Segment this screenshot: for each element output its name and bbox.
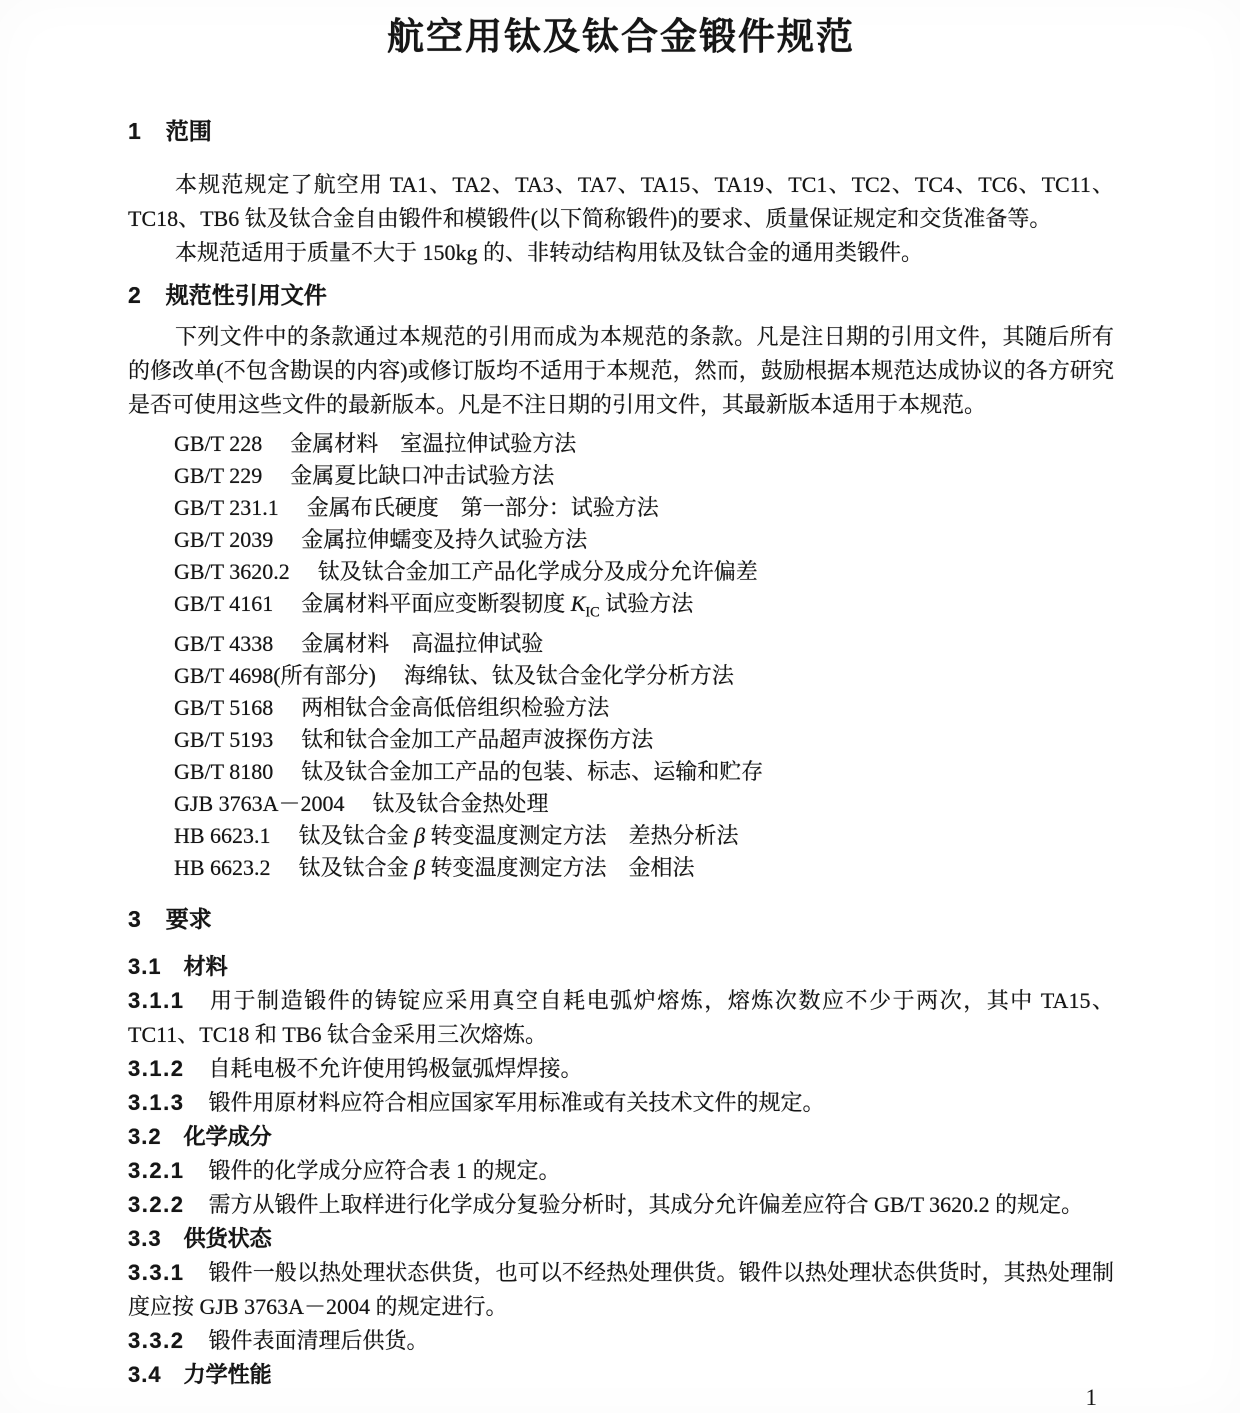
reference-title-text: 钛及钛合金 bbox=[299, 823, 415, 848]
clause-number: 3.3.1 bbox=[128, 1260, 184, 1285]
clause-text: 锻件表面清理后供货。 bbox=[208, 1328, 428, 1353]
subsection-heading-delivery-condition: 3.3供货状态 bbox=[128, 1222, 1114, 1256]
clause-3-1-1: 3.1.1用于制造锻件的铸锭应采用真空自耗电弧炉熔炼，熔炼次数应不少于两次，其中… bbox=[128, 984, 1114, 1052]
reference-title-text: 转变温度测定方法 差热分析法 bbox=[425, 823, 739, 848]
reference-item: GB/T 3620.2钛及钛合金加工产品化学成分及成分允许偏差 bbox=[174, 556, 1114, 588]
reference-title: 钛及钛合金加工产品化学成分及成分允许偏差 bbox=[318, 559, 758, 584]
reference-title: 金属夏比缺口冲击试验方法 bbox=[290, 463, 554, 488]
reference-item: HB 6623.1钛及钛合金 β 转变温度测定方法 差热分析法 bbox=[174, 820, 1114, 852]
reference-code: GB/T 3620.2 bbox=[174, 559, 290, 584]
section-number: 1 bbox=[128, 118, 142, 144]
reference-title-text: 试验方法 bbox=[600, 591, 694, 616]
reference-code: GB/T 4698(所有部分) bbox=[174, 663, 376, 688]
reference-code: GB/T 2039 bbox=[174, 527, 273, 552]
subsection-heading-material: 3.1材料 bbox=[128, 950, 1114, 984]
reference-item: GB/T 4698(所有部分)海绵钛、钛及钛合金化学分析方法 bbox=[174, 660, 1114, 692]
clause-number: 3.3.2 bbox=[128, 1328, 184, 1353]
reference-item: GB/T 228金属材料 室温拉伸试验方法 bbox=[174, 428, 1114, 460]
section-label: 规范性引用文件 bbox=[166, 282, 327, 308]
clause-text: 锻件用原材料应符合相应国家军用标准或有关技术文件的规定。 bbox=[208, 1090, 824, 1115]
reference-item: GJB 3763A－2004钛及钛合金热处理 bbox=[174, 788, 1114, 820]
subsection-label: 化学成分 bbox=[184, 1124, 272, 1149]
reference-code: GJB 3763A－2004 bbox=[174, 791, 345, 816]
clause-text: 自耗电极不允许使用钨极氩弧焊焊接。 bbox=[208, 1056, 582, 1081]
reference-code: GB/T 4338 bbox=[174, 631, 273, 656]
section-label: 范围 bbox=[166, 118, 212, 144]
reference-title: 钛和钛合金加工产品超声波探伤方法 bbox=[301, 727, 653, 752]
beta-symbol: β bbox=[414, 855, 425, 880]
reference-title-text: 转变温度测定方法 金相法 bbox=[425, 855, 695, 880]
subsection-number: 3.3 bbox=[128, 1226, 162, 1251]
clause-number: 3.2.2 bbox=[128, 1192, 184, 1217]
section-number: 2 bbox=[128, 282, 142, 308]
fracture-toughness-symbol: K bbox=[571, 591, 586, 616]
reference-title: 金属材料 高温拉伸试验 bbox=[301, 631, 543, 656]
reference-title: 两相钛合金高低倍组织检验方法 bbox=[301, 695, 609, 720]
reference-title: 金属材料平面应变断裂韧度 KIC 试验方法 bbox=[301, 591, 693, 616]
scope-paragraph-2: 本规范适用于质量不大于 150kg 的、非转动结构用钛及钛合金的通用类锻件。 bbox=[128, 236, 1114, 270]
clause-3-2-2: 3.2.2需方从锻件上取样进行化学成分复验分析时，其成分允许偏差应符合 GB/T… bbox=[128, 1188, 1114, 1222]
reference-code: GB/T 231.1 bbox=[174, 495, 279, 520]
clause-text: 锻件一般以热处理状态供货，也可以不经热处理供货。锻件以热处理状态供货时，其热处理… bbox=[128, 1260, 1114, 1319]
reference-item: GB/T 229金属夏比缺口冲击试验方法 bbox=[174, 460, 1114, 492]
section-number: 3 bbox=[128, 906, 142, 932]
clause-number: 3.2.1 bbox=[128, 1158, 184, 1183]
reference-title: 金属材料 室温拉伸试验方法 bbox=[290, 431, 576, 456]
clause-text: 用于制造锻件的铸锭应采用真空自耗电弧炉熔炼，熔炼次数应不少于两次，其中 TA15… bbox=[128, 988, 1114, 1047]
clause-3-1-2: 3.1.2自耗电极不允许使用钨极氩弧焊焊接。 bbox=[128, 1052, 1114, 1086]
section-heading-requirements: 3要求 bbox=[128, 902, 1114, 936]
clause-text: 锻件的化学成分应符合表 1 的规定。 bbox=[208, 1158, 560, 1183]
reference-item: GB/T 5168两相钛合金高低倍组织检验方法 bbox=[174, 692, 1114, 724]
clause-3-3-2: 3.3.2锻件表面清理后供货。 bbox=[128, 1324, 1114, 1358]
section-heading-scope: 1范围 bbox=[128, 114, 1114, 148]
page-number: 1 bbox=[1086, 1385, 1098, 1411]
beta-symbol: β bbox=[414, 823, 425, 848]
normative-references-intro: 下列文件中的条款通过本规范的引用而成为本规范的条款。凡是注日期的引用文件，其随后… bbox=[128, 320, 1114, 422]
reference-title-text: 金属材料平面应变断裂韧度 bbox=[301, 591, 571, 616]
reference-item: GB/T 2039金属拉伸蠕变及持久试验方法 bbox=[174, 524, 1114, 556]
reference-code: GB/T 8180 bbox=[174, 759, 273, 784]
reference-code: HB 6623.1 bbox=[174, 823, 271, 848]
scanned-document-page: 航空用钛及钛合金锻件规范 1范围 本规范规定了航空用 TA1、TA2、TA3、T… bbox=[0, 0, 1240, 1413]
subsection-label: 供货状态 bbox=[184, 1226, 272, 1251]
subsection-heading-mechanical-properties: 3.4力学性能 bbox=[128, 1358, 1114, 1392]
subsection-number: 3.1 bbox=[128, 954, 162, 979]
subsection-heading-chemical-composition: 3.2化学成分 bbox=[128, 1120, 1114, 1154]
reference-title: 海绵钛、钛及钛合金化学分析方法 bbox=[404, 663, 734, 688]
reference-item: GB/T 4338金属材料 高温拉伸试验 bbox=[174, 628, 1114, 660]
subsection-label: 力学性能 bbox=[184, 1362, 272, 1387]
reference-item: GB/T 5193钛和钛合金加工产品超声波探伤方法 bbox=[174, 724, 1114, 756]
reference-code: GB/T 5168 bbox=[174, 695, 273, 720]
clause-3-1-3: 3.1.3锻件用原材料应符合相应国家军用标准或有关技术文件的规定。 bbox=[128, 1086, 1114, 1120]
page-title: 航空用钛及钛合金锻件规范 bbox=[128, 14, 1114, 60]
subsection-label: 材料 bbox=[184, 954, 228, 979]
clause-3-3-1: 3.3.1锻件一般以热处理状态供货，也可以不经热处理供货。锻件以热处理状态供货时… bbox=[128, 1256, 1114, 1324]
reference-title: 钛及钛合金 β 转变温度测定方法 金相法 bbox=[299, 855, 695, 880]
reference-title: 钛及钛合金 β 转变温度测定方法 差热分析法 bbox=[299, 823, 739, 848]
reference-item: GB/T 8180钛及钛合金加工产品的包装、标志、运输和贮存 bbox=[174, 756, 1114, 788]
reference-title: 金属拉伸蠕变及持久试验方法 bbox=[301, 527, 587, 552]
reference-title: 钛及钛合金加工产品的包装、标志、运输和贮存 bbox=[301, 759, 763, 784]
clause-number: 3.1.1 bbox=[128, 988, 184, 1013]
reference-code: GB/T 229 bbox=[174, 463, 262, 488]
scope-paragraph-1: 本规范规定了航空用 TA1、TA2、TA3、TA7、TA15、TA19、TC1、… bbox=[128, 168, 1114, 236]
fracture-toughness-subscript: IC bbox=[585, 604, 599, 620]
reference-code: GB/T 5193 bbox=[174, 727, 273, 752]
clause-number: 3.1.3 bbox=[128, 1090, 184, 1115]
document-content: 航空用钛及钛合金锻件规范 1范围 本规范规定了航空用 TA1、TA2、TA3、T… bbox=[128, 0, 1114, 1392]
reference-title: 钛及钛合金热处理 bbox=[373, 791, 549, 816]
reference-item: GB/T 4161金属材料平面应变断裂韧度 KIC 试验方法 bbox=[174, 588, 1114, 628]
reference-code: HB 6623.2 bbox=[174, 855, 271, 880]
reference-title: 金属布氏硬度 第一部分：试验方法 bbox=[307, 495, 659, 520]
clause-3-2-1: 3.2.1锻件的化学成分应符合表 1 的规定。 bbox=[128, 1154, 1114, 1188]
clause-text: 需方从锻件上取样进行化学成分复验分析时，其成分允许偏差应符合 GB/T 3620… bbox=[208, 1192, 1083, 1217]
clause-number: 3.1.2 bbox=[128, 1056, 184, 1081]
section-heading-normative-references: 2规范性引用文件 bbox=[128, 278, 1114, 312]
section-label: 要求 bbox=[166, 906, 212, 932]
reference-code: GB/T 228 bbox=[174, 431, 262, 456]
reference-item: GB/T 231.1金属布氏硬度 第一部分：试验方法 bbox=[174, 492, 1114, 524]
subsection-number: 3.4 bbox=[128, 1362, 162, 1387]
subsection-number: 3.2 bbox=[128, 1124, 162, 1149]
reference-list: GB/T 228金属材料 室温拉伸试验方法 GB/T 229金属夏比缺口冲击试验… bbox=[174, 428, 1114, 884]
reference-code: GB/T 4161 bbox=[174, 591, 273, 616]
reference-title-text: 钛及钛合金 bbox=[299, 855, 415, 880]
reference-item: HB 6623.2钛及钛合金 β 转变温度测定方法 金相法 bbox=[174, 852, 1114, 884]
